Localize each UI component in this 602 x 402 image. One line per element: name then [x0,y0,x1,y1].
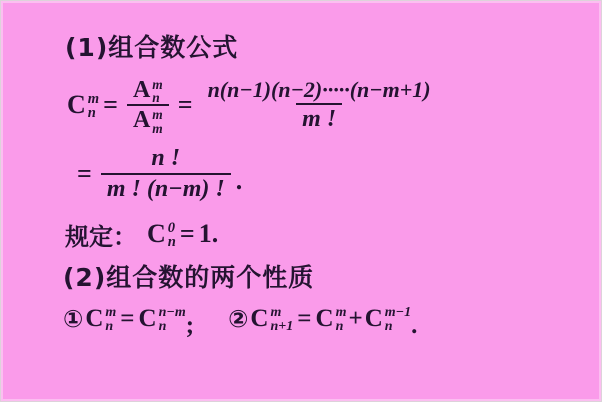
symbol-scripts: 0 n [168,221,176,247]
symbol-scripts: m n [88,92,99,118]
circled-1-marker: ① [63,305,83,333]
section1-heading-text: (1)组合数公式 [65,28,238,64]
subscript-n-plus-1: n+1 [270,320,293,334]
symbol-base-C: C [139,306,157,332]
symbol-scripts: m n [105,306,116,331]
subscript-n: n [88,106,99,121]
c-n-nm-symbol: C n−m n [139,306,186,332]
slide-canvas: (1)组合数公式 C m n = A m n [0,0,602,402]
c-n-m1-symbol: C m−1 n [365,306,411,332]
plus-sign: + [348,305,362,333]
properties-line: ① C m n = C n−m n ; ② C m n+1 = [63,296,417,342]
equals-sign: = [77,159,92,189]
fraction-denominator: m ! (n−m) ! [101,173,231,202]
superscript-m: m [152,78,162,91]
fraction-numerator: n(n−1)(n−2)·····(n−m+1) [202,78,437,103]
superscript-0: 0 [168,221,176,236]
symbol-scripts: m n+1 [270,306,293,331]
c-n-0-symbol: C 0 n [147,221,176,248]
period: . [411,312,417,340]
symbol-base-C: C [85,306,103,332]
convention-label: 规定： [65,217,137,252]
convention-line: 规定： C 0 n = 1. [65,213,218,255]
superscript-m: m [152,108,162,121]
section1-heading: (1)组合数公式 [65,28,238,64]
symbol-scripts: m−1 n [385,306,411,331]
c-n-m-symbol: C m n [316,306,347,332]
superscript-m: m [88,92,99,107]
superscript-m: m [270,306,293,320]
symbol-scripts: m m [152,108,162,132]
c-n-m-symbol: C m n [85,306,116,332]
symbol-scripts: m n [336,306,347,331]
subscript-n: n [385,320,411,334]
fraction-denominator: A m m [127,104,169,132]
a-n-m-symbol: A m n [133,78,163,102]
equals-sign: = [103,90,118,120]
symbol-base-C: C [250,306,268,332]
c-n-m-symbol: C m n [67,92,99,119]
equals-sign: = [180,219,195,249]
symbol-scripts: n−m n [159,306,186,331]
subscript-n: n [105,320,116,334]
symbol-base-C: C [365,306,383,332]
semicolon: ; [186,312,194,340]
period: . [236,166,243,196]
fraction-denominator: m ! [296,103,342,132]
symbol-base-A: A [133,78,150,102]
symbol-base-C: C [67,92,86,119]
fraction-numerator: A m n [127,78,169,104]
superscript-n-minus-m: n−m [159,306,186,320]
equals-sign: = [297,305,311,333]
subscript-n: n [168,235,176,250]
c-n1-m-symbol: C m n+1 [250,306,293,332]
superscript-m: m [336,306,347,320]
equals-sign: = [120,305,134,333]
factorial-fraction: n ! m ! (n−m) ! [101,146,231,202]
expanded-product-fraction: n(n−1)(n−2)·····(n−m+1) m ! [202,78,437,132]
factorial-formula-line: = n ! m ! (n−m) ! . [73,143,242,205]
circled-2-marker: ② [228,305,248,333]
superscript-m-minus-1: m−1 [385,306,411,320]
convention-value: 1. [199,219,219,249]
a-m-m-symbol: A m m [133,108,163,132]
symbol-base-C: C [147,221,166,248]
section2-heading-text: (2)组合数的两个性质 [63,258,314,294]
symbol-base-C: C [316,306,334,332]
fraction-numerator: n ! [145,146,186,173]
superscript-m: m [105,306,116,320]
symbol-scripts: m n [152,78,162,102]
combination-formula-line: C m n = A m n A m [67,71,442,139]
arrangement-fraction: A m n A m m [127,78,169,133]
symbol-base-A: A [133,108,150,132]
subscript-n: n [152,91,162,104]
subscript-n: n [336,320,347,334]
subscript-n: n [159,320,186,334]
subscript-m: m [152,122,162,135]
equals-sign: = [178,90,193,120]
section2-heading: (2)组合数的两个性质 [63,258,314,294]
